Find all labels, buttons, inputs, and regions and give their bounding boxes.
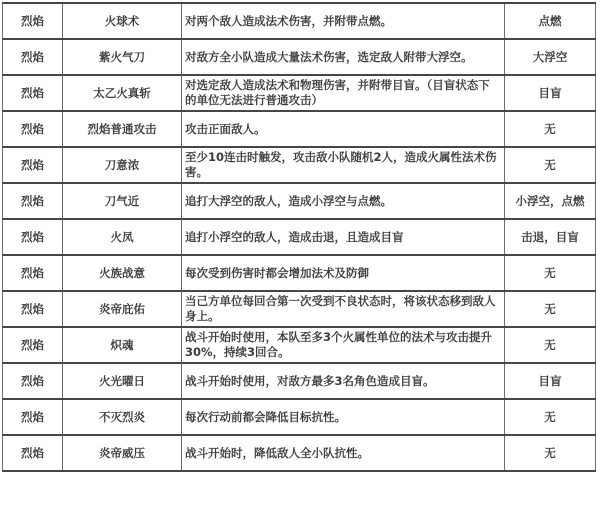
skill-name-cell: 刀意浓	[63, 147, 182, 183]
effect-cell: 无	[505, 327, 596, 363]
skill-name-cell: 不灭烈炎	[63, 399, 182, 435]
element-cell: 烈焰	[3, 435, 63, 471]
element-cell: 烈焰	[3, 147, 63, 183]
skill-table: 烈焰 火球术 对两个敌人造成法术伤害，并附带点燃。 点燃 烈焰 紫火气刀 对敌方…	[2, 2, 596, 472]
description-cell: 至少10连击时触发，攻击敌小队随机2人，造成火属性法术伤害。	[182, 147, 505, 183]
effect-cell: 无	[505, 111, 596, 147]
description-cell: 追打小浮空的敌人，造成击退，且造成目盲	[182, 219, 505, 255]
effect-cell: 无	[505, 255, 596, 291]
skill-name-cell: 烈焰普通攻击	[63, 111, 182, 147]
skill-name-cell: 火族战意	[63, 255, 182, 291]
element-cell: 烈焰	[3, 327, 63, 363]
skill-name-cell: 紫火气刀	[63, 39, 182, 75]
element-cell: 烈焰	[3, 3, 63, 39]
skill-name-cell: 刀气近	[63, 183, 182, 219]
table-row: 烈焰 火球术 对两个敌人造成法术伤害，并附带点燃。 点燃	[3, 3, 596, 39]
element-cell: 烈焰	[3, 75, 63, 111]
effect-cell: 无	[505, 291, 596, 327]
skill-name-cell: 火球术	[63, 3, 182, 39]
description-cell: 对敌方全小队造成大量法术伤害，选定敌人附带大浮空。	[182, 39, 505, 75]
effect-cell: 目盲	[505, 363, 596, 399]
element-cell: 烈焰	[3, 399, 63, 435]
effect-cell: 无	[505, 399, 596, 435]
description-cell: 攻击正面敌人。	[182, 111, 505, 147]
table-row: 烈焰 火凤 追打小浮空的敌人，造成击退，且造成目盲 击退，目盲	[3, 219, 596, 255]
element-cell: 烈焰	[3, 255, 63, 291]
table-row: 烈焰 紫火气刀 对敌方全小队造成大量法术伤害，选定敌人附带大浮空。 大浮空	[3, 39, 596, 75]
element-cell: 烈焰	[3, 219, 63, 255]
skill-name-cell: 太乙火真斩	[63, 75, 182, 111]
table-row: 烈焰 太乙火真斩 对选定敌人造成法术和物理伤害，并附带目盲。（目盲状态下的单位无…	[3, 75, 596, 111]
effect-cell: 目盲	[505, 75, 596, 111]
description-cell: 对选定敌人造成法术和物理伤害，并附带目盲。（目盲状态下的单位无法进行普通攻击）	[182, 75, 505, 111]
effect-cell: 无	[505, 435, 596, 471]
description-cell: 追打大浮空的敌人，造成小浮空与点燃。	[182, 183, 505, 219]
page: 烈焰 火球术 对两个敌人造成法术伤害，并附带点燃。 点燃 烈焰 紫火气刀 对敌方…	[0, 0, 600, 507]
description-cell: 战斗开始时，降低敌人全小队抗性。	[182, 435, 505, 471]
table-row: 烈焰 不灭烈炎 每次行动前都会降低目标抗性。 无	[3, 399, 596, 435]
effect-cell: 大浮空	[505, 39, 596, 75]
skill-name-cell: 炽魂	[63, 327, 182, 363]
table-row: 烈焰 火族战意 每次受到伤害时都会增加法术及防御 无	[3, 255, 596, 291]
effect-cell: 小浮空，点燃	[505, 183, 596, 219]
table-row: 烈焰 炎帝威压 战斗开始时，降低敌人全小队抗性。 无	[3, 435, 596, 471]
element-cell: 烈焰	[3, 183, 63, 219]
effect-cell: 点燃	[505, 3, 596, 39]
element-cell: 烈焰	[3, 291, 63, 327]
skill-name-cell: 炎帝庇佑	[63, 291, 182, 327]
description-cell: 当己方单位每回合第一次受到不良状态时，将该状态移到敌人身上。	[182, 291, 505, 327]
skill-name-cell: 火光曜日	[63, 363, 182, 399]
skill-name-cell: 火凤	[63, 219, 182, 255]
element-cell: 烈焰	[3, 363, 63, 399]
element-cell: 烈焰	[3, 39, 63, 75]
table-row: 烈焰 烈焰普通攻击 攻击正面敌人。 无	[3, 111, 596, 147]
description-cell: 对两个敌人造成法术伤害，并附带点燃。	[182, 3, 505, 39]
description-cell: 每次行动前都会降低目标抗性。	[182, 399, 505, 435]
description-cell: 每次受到伤害时都会增加法术及防御	[182, 255, 505, 291]
description-cell: 战斗开始时使用，对敌方最多3名角色造成目盲。	[182, 363, 505, 399]
table-row: 烈焰 炽魂 战斗开始时使用，本队至多3个火属性单位的法术与攻击提升30%，持续3…	[3, 327, 596, 363]
table-row: 烈焰 炎帝庇佑 当己方单位每回合第一次受到不良状态时，将该状态移到敌人身上。 无	[3, 291, 596, 327]
description-cell: 战斗开始时使用，本队至多3个火属性单位的法术与攻击提升30%，持续3回合。	[182, 327, 505, 363]
table-row: 烈焰 刀气近 追打大浮空的敌人，造成小浮空与点燃。 小浮空，点燃	[3, 183, 596, 219]
table-row: 烈焰 刀意浓 至少10连击时触发，攻击敌小队随机2人，造成火属性法术伤害。 无	[3, 147, 596, 183]
effect-cell: 击退，目盲	[505, 219, 596, 255]
table-row: 烈焰 火光曜日 战斗开始时使用，对敌方最多3名角色造成目盲。 目盲	[3, 363, 596, 399]
effect-cell: 无	[505, 147, 596, 183]
element-cell: 烈焰	[3, 111, 63, 147]
skill-name-cell: 炎帝威压	[63, 435, 182, 471]
